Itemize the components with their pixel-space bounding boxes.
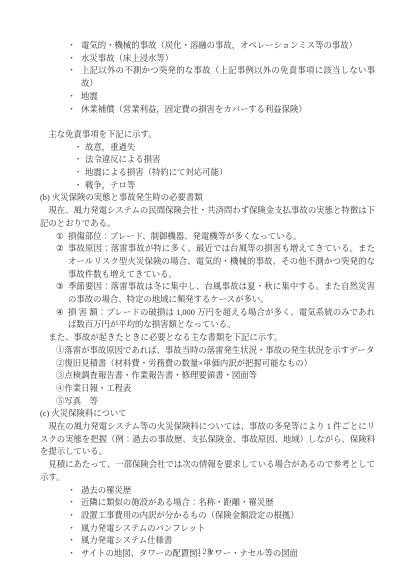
numbered-item: ① 損傷部位：ブレード、制御機器、発電機等が多くなっている。 bbox=[40, 231, 375, 244]
list-item: ・ 故意，重過失 bbox=[40, 142, 375, 155]
list-item: ・ 休業補償（営業利益，固定費の損害をカバーする利益保険） bbox=[40, 104, 375, 117]
circled-number: ② bbox=[56, 243, 68, 281]
bullet-icon: ・ bbox=[62, 485, 81, 498]
item-body: ブレード、制御機器、発電機等が多くなっている。 bbox=[110, 232, 302, 241]
item-label: 損傷部位： bbox=[68, 232, 110, 241]
section-c-paragraph-2: 見積にあたって、一部保険会社では次の情報を要求している場合があるので参考として示… bbox=[40, 459, 375, 484]
documents-intro: また、事故が起きたときに必要となる主な書類を下記に示す。 bbox=[40, 332, 375, 345]
document-item: ③点検調査報告書・作業報告書・修理要領書・図面等 bbox=[40, 370, 375, 383]
bullet-icon: ・ bbox=[71, 180, 85, 193]
list-item-text: 地震 bbox=[81, 91, 98, 104]
bullet-icon: ・ bbox=[62, 91, 81, 104]
bullet-icon: ・ bbox=[62, 40, 81, 53]
list-item-text: 近隣に類似の施設がある場合：名称・距離・罹災歴 bbox=[81, 497, 274, 510]
list-item-text: 休業補償（営業利益，固定費の損害をカバーする利益保険） bbox=[81, 104, 307, 117]
section-b-intro: 現在、風力発電システムの民間保険会社・共済問わず保険金支払事故の実態と特徴は下記… bbox=[40, 205, 375, 230]
section-b-heading: (b) 火災保険の実態と事故発生時の必要書類 bbox=[40, 192, 375, 205]
list-item-text: 地震による損害（特約にて対応可能） bbox=[85, 167, 227, 180]
bullet-icon: ・ bbox=[62, 65, 81, 90]
bullet-icon: ・ bbox=[71, 142, 85, 155]
list-item-text: 法令違反による損害 bbox=[85, 154, 160, 167]
numbered-item-text: 損 害 額：ブレードの破損は 1,000 万円を超える場合が多く、電気系統のみで… bbox=[68, 307, 375, 332]
bullet-icon: ・ bbox=[62, 53, 81, 66]
list-item: ・ 地震による損害（特約にて対応可能） bbox=[40, 167, 375, 180]
list-item: ・ 法令違反による損害 bbox=[40, 154, 375, 167]
list-item: ・ 電気的・機械的事故（炭化・溶融の事故，オペレーションミス等の事故） bbox=[40, 40, 375, 53]
list-item-text: 過去の罹災歴 bbox=[81, 485, 131, 498]
bullet-icon: ・ bbox=[62, 523, 81, 536]
bullet-icon: ・ bbox=[62, 497, 81, 510]
list-item-text: 故意，重過失 bbox=[85, 142, 135, 155]
document-page: ・ 電気的・機械的事故（炭化・溶融の事故，オペレーションミス等の事故） ・ 水災… bbox=[0, 0, 410, 580]
section-c-paragraph-1: 現在の風力発電システム等の火災保険料については、事故の多発等により 1 件ごとに… bbox=[40, 421, 375, 459]
list-item-text: 戦争，テロ等 bbox=[85, 180, 135, 193]
list-item-text: 電気的・機械的事故（炭化・溶融の事故，オペレーションミス等の事故） bbox=[81, 40, 357, 53]
list-item: ・ 過去の罹災歴 bbox=[40, 485, 375, 498]
numbered-item: ④ 損 害 額：ブレードの破損は 1,000 万円を超える場合が多く、電気系統の… bbox=[40, 307, 375, 332]
list-item: ・ 水災事故（床上浸水等） bbox=[40, 53, 375, 66]
circled-number: ① bbox=[56, 231, 68, 244]
exemption-list: ・ 故意，重過失 ・ 法令違反による損害 ・ 地震による損害（特約にて対応可能）… bbox=[40, 142, 375, 193]
list-item: ・ 風力発電システムのパンフレット bbox=[40, 523, 375, 536]
item-label: 損 害 額： bbox=[68, 308, 106, 317]
circled-number: ④ bbox=[56, 307, 68, 332]
document-item: ①落雷が事故原因であれば、事故当時の落雷発生状況・事故の発生状況を示すデータ bbox=[40, 345, 375, 358]
list-item-text: 水災事故（床上浸水等） bbox=[81, 53, 173, 66]
numbered-item: ② 事故原因：落雷事故が特に多く、最近では台風等の損害も増えてきている。またオー… bbox=[40, 243, 375, 281]
bullet-icon: ・ bbox=[62, 104, 81, 117]
list-item-text: 風力発電システムのパンフレット bbox=[81, 523, 205, 536]
bullet-icon: ・ bbox=[62, 510, 81, 523]
list-item: ・ 上記以外の不測かつ突発的な事故（上記事例以外の免責事項に該当しない事故） bbox=[40, 65, 375, 90]
numbered-item-text: 事故原因：落雷事故が特に多く、最近では台風等の損害も増えてきている。またオールリ… bbox=[68, 243, 375, 281]
circled-number: ③ bbox=[56, 281, 68, 306]
document-item: ②復旧見積書（材料費・労務費の数量×単価内訳が把握可能なもの） bbox=[40, 358, 375, 371]
list-item: ・ 設置工事費用の内訳が分かるもの（保険金額設定の根拠） bbox=[40, 510, 375, 523]
item-body: ブレードの破損は 1,000 万円を超える場合が多く、電気系統のみであれば数百万… bbox=[68, 308, 375, 330]
document-item: ⑤写真 等 bbox=[40, 396, 375, 409]
blank-line bbox=[40, 116, 375, 129]
numbered-item-text: 損傷部位：ブレード、制御機器、発電機等が多くなっている。 bbox=[68, 231, 375, 244]
document-item: ④作業日報・工程表 bbox=[40, 383, 375, 396]
page-number: - 129 - bbox=[0, 547, 410, 556]
numbered-item: ③ 季節要因：落雷事故は冬に集中し、台風事故は夏・秋に集中する。また自然災害の事… bbox=[40, 281, 375, 306]
list-item: ・ 戦争，テロ等 bbox=[40, 180, 375, 193]
section-c-heading: (c) 火災保険料について bbox=[40, 408, 375, 421]
list-item: ・ 地震 bbox=[40, 91, 375, 104]
item-label: 季節要因： bbox=[68, 282, 111, 291]
numbered-item-text: 季節要因：落雷事故は冬に集中し、台風事故は夏・秋に集中する。また自然災害の事故の… bbox=[68, 281, 375, 306]
bullet-icon: ・ bbox=[71, 154, 85, 167]
accident-example-list: ・ 電気的・機械的事故（炭化・溶融の事故，オペレーションミス等の事故） ・ 水災… bbox=[40, 40, 375, 116]
item-body: 落雷事故が特に多く、最近では台風等の損害も増えてきている。またオールリスク型火災… bbox=[68, 244, 375, 278]
list-item-text: 上記以外の不測かつ突発的な事故（上記事例以外の免責事項に該当しない事故） bbox=[81, 65, 375, 90]
item-body: 落雷事故は冬に集中し、台風事故は夏・秋に集中する。また自然災害の事故の場合、特定… bbox=[68, 282, 375, 304]
list-item-text: 設置工事費用の内訳が分かるもの（保険金額設定の根拠） bbox=[81, 510, 299, 523]
exemption-intro: 主な免責事項を下記に示す。 bbox=[40, 129, 375, 142]
item-label: 事故原因： bbox=[68, 244, 111, 253]
bullet-icon: ・ bbox=[71, 167, 85, 180]
list-item: ・ 近隣に類似の施設がある場合：名称・距離・罹災歴 bbox=[40, 497, 375, 510]
